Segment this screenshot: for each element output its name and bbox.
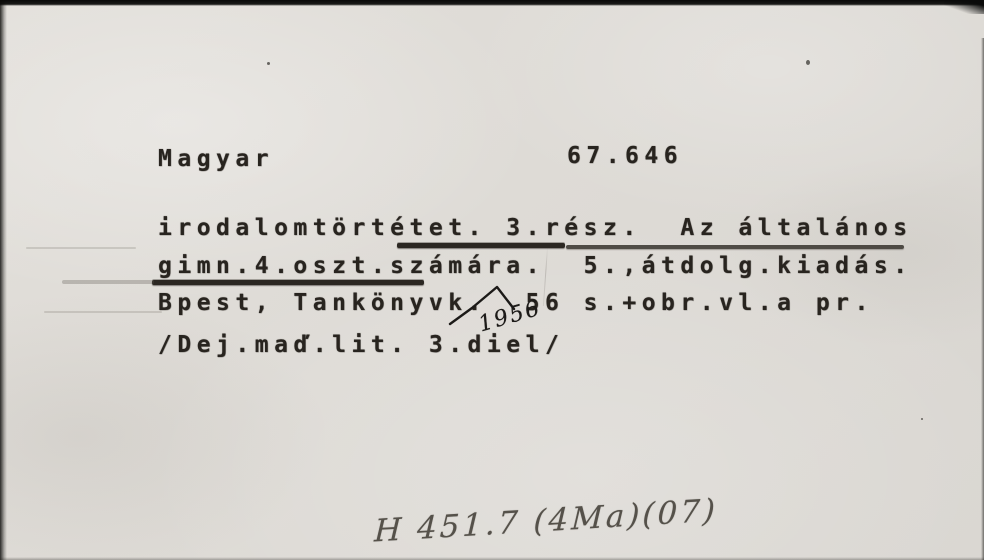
underline-az-altalanos: [566, 245, 904, 249]
body-line-1: irodalomtörtétet. 3.rész. Az általános: [158, 215, 913, 241]
paper-speck: [921, 418, 923, 420]
faint-mark-left-of-line1: [26, 247, 136, 249]
line3-publisher: Bpest, Tankönyvk.: [158, 290, 487, 316]
line2-text: számára. 5.,átdolg.kiadás.: [390, 253, 912, 279]
scan-edge-top: [0, 0, 984, 6]
body-line-2: gimn.4.oszt.számára. 5.,átdolg.kiadás.: [158, 253, 913, 279]
scan-corner-top-right: [944, 0, 984, 14]
language-heading: Magyar: [158, 146, 274, 172]
line2-underlined-part: gimn.4.oszt.: [158, 253, 390, 279]
line1-gap: [642, 215, 681, 241]
underline-resz: [397, 243, 565, 248]
accession-number: 67.646: [567, 143, 683, 169]
line1-underlined-subtitle: Az általános: [680, 215, 912, 241]
line3-collation: 56 s.+obr.vl.a pr.: [526, 290, 874, 316]
catalog-card-scan: Magyar 67.646 irodalomtörtétet. 3.rész. …: [0, 0, 984, 560]
handwritten-call-number: H 451.7 (4Ma)(07): [374, 492, 719, 549]
underline-smudge-left: [62, 280, 154, 284]
faint-mark-left-of-bpest: [44, 311, 162, 313]
scan-edge-left: [0, 0, 7, 560]
body-line-4: /Dej.maď.lit. 3.diel/: [158, 332, 564, 358]
line1-text: irodalomtörtétet.: [158, 215, 506, 241]
paper-speck: [806, 60, 810, 65]
line1-underlined-part: 3.rész.: [506, 215, 641, 241]
underline-gimn-oszt: [152, 280, 424, 285]
paper-speck: [267, 62, 270, 65]
